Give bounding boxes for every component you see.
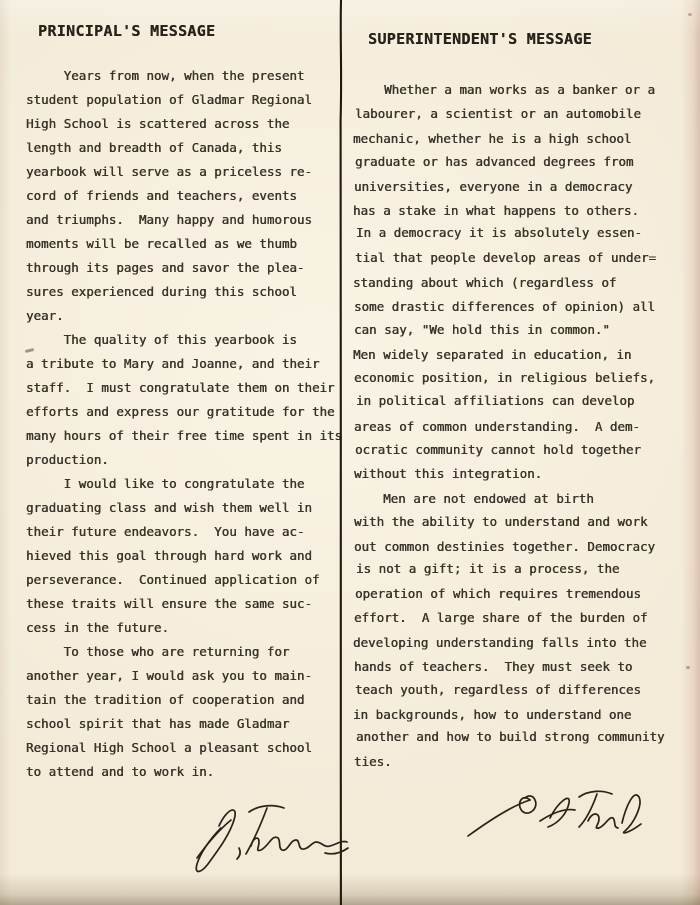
text-line: Men widely separated in education, in xyxy=(353,343,689,367)
text-line: teach youth, regardless of differences xyxy=(355,678,691,702)
text-line: school spirit that has made Gladmar xyxy=(26,712,344,736)
principal-signature xyxy=(185,796,350,878)
text-line: areas of common understanding. A dem- xyxy=(354,415,690,439)
text-line: length and breadth of Canada, this xyxy=(26,136,344,160)
text-line: out common destinies together. Democracy xyxy=(354,535,690,559)
text-line: with the ability to understand and work xyxy=(354,510,690,534)
superintendent-signature xyxy=(462,778,654,852)
principal-message-title: PRINCIPAL'S MESSAGE xyxy=(38,22,215,40)
text-line: many hours of their free time spent in i… xyxy=(26,424,344,448)
text-line: labourer, a scientist or an automobile xyxy=(355,102,691,126)
text-line: and triumphs. Many happy and humorous xyxy=(26,208,344,232)
text-line: is not a gift; it is a process, the xyxy=(356,557,692,581)
text-line: moments will be recalled as we thumb xyxy=(26,232,344,256)
page-gutter-line xyxy=(336,0,346,905)
text-line: effort. A large share of the burden of xyxy=(354,606,690,630)
text-line: I would like to congratulate the xyxy=(26,472,344,496)
text-line: year. xyxy=(26,304,344,328)
text-line: another year, I would ask you to main- xyxy=(26,664,344,688)
text-line: has a stake in what happens to others. xyxy=(353,199,689,223)
superintendent-message-title: SUPERINTENDENT'S MESSAGE xyxy=(368,30,592,48)
text-line: in political affiliations can develop xyxy=(356,389,692,413)
text-line: tain the tradition of cooperation and xyxy=(26,688,344,712)
text-line: to attend and to work in. xyxy=(26,760,344,784)
text-line: In a democracy it is absolutely essen- xyxy=(356,221,692,245)
text-line: a tribute to Mary and Joanne, and their xyxy=(26,352,344,376)
text-line: developing understanding falls into the xyxy=(353,631,689,655)
text-line: efforts and express our gratitude for th… xyxy=(26,400,344,424)
text-line: graduate or has advanced degrees from xyxy=(355,150,691,174)
text-line: their future endeavors. You have ac- xyxy=(26,520,344,544)
text-line: some drastic differences of opinion) all xyxy=(354,295,690,319)
text-line: can say, "We hold this in common." xyxy=(354,318,690,342)
text-line: The quality of this yearbook is xyxy=(26,328,344,352)
text-line: Men are not endowed at birth xyxy=(353,487,689,511)
text-line: tial that people develop areas of under= xyxy=(355,246,691,270)
text-line: mechanic, whether he is a high school xyxy=(353,127,689,151)
text-line: operation of which requires tremendous xyxy=(355,582,691,606)
text-line: production. xyxy=(26,448,344,472)
text-line: student population of Gladmar Regional xyxy=(26,88,344,112)
text-line: Years from now, when the present xyxy=(26,64,344,88)
text-line: graduating class and wish them well in xyxy=(26,496,344,520)
text-line: High School is scattered across the xyxy=(26,112,344,136)
text-line: yearbook will serve as a priceless re- xyxy=(26,160,344,184)
text-line: without this integration. xyxy=(354,462,690,486)
text-line: To those who are returning for xyxy=(26,640,344,664)
text-line: Regional High School a pleasant school xyxy=(26,736,344,760)
text-line: universities, everyone in a democracy xyxy=(354,175,690,199)
paper-speck xyxy=(688,13,692,16)
text-line: sures experienced during this school xyxy=(26,280,344,304)
text-line: ties. xyxy=(354,750,690,774)
text-line: staff. I must congratulate them on their xyxy=(26,376,344,400)
yearbook-page: PRINCIPAL'S MESSAGE SUPERINTENDENT'S MES… xyxy=(0,0,700,905)
text-line: ocratic community cannot hold together xyxy=(355,438,691,462)
text-line: standing about which (regardless of xyxy=(353,271,689,295)
text-line: cess in the future. xyxy=(26,616,344,640)
text-line: hands of teachers. They must seek to xyxy=(354,655,690,679)
text-line: through its pages and savor the plea- xyxy=(26,256,344,280)
paper-speck xyxy=(686,666,690,669)
text-line: in backgrounds, how to understand one xyxy=(353,703,689,727)
text-line: cord of friends and teachers, events xyxy=(26,184,344,208)
text-line: Whether a man works as a banker or a xyxy=(354,78,690,102)
text-line: these traits will ensure the same suc- xyxy=(26,592,344,616)
text-line: perseverance. Continued application of xyxy=(26,568,344,592)
text-line: economic position, in religious beliefs, xyxy=(354,366,690,390)
principal-message-body: Years from now, when the presentstudent … xyxy=(26,64,344,784)
superintendent-message-body: Whether a man works as a banker or alabo… xyxy=(354,78,690,774)
text-line: hieved this goal through hard work and xyxy=(26,544,344,568)
text-line: another and how to build strong communit… xyxy=(356,725,692,749)
